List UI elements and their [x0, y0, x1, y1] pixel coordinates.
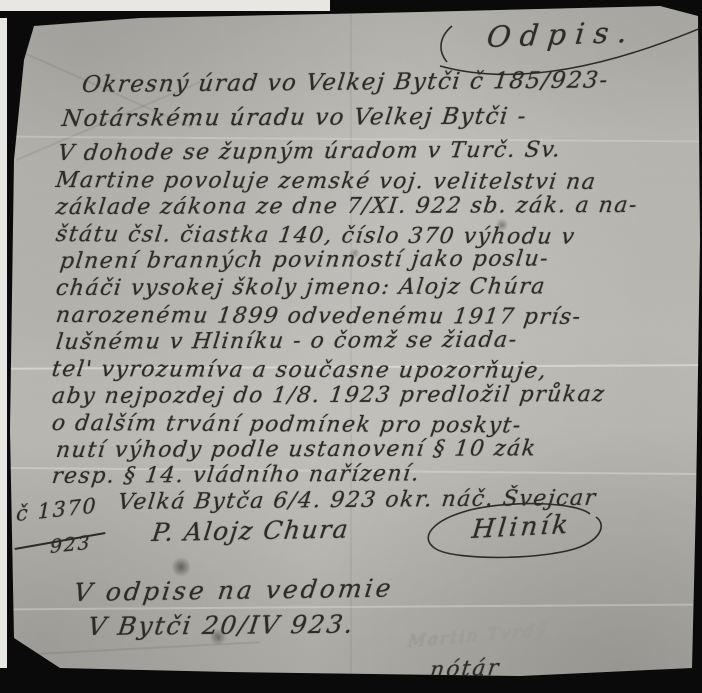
handwritten-line-11: tel' vyrozumíva a současne upozorňuje, [50, 357, 548, 384]
scan-edge-top [0, 0, 330, 11]
name-line: P. Alojz Chura [150, 515, 351, 547]
handwritten-line-15: resp. § 14. vládního nařízení. [51, 461, 422, 489]
ink-blot [172, 556, 190, 578]
open-paren-stroke [441, 26, 452, 62]
pencil-signature: Martin Tvrdý [407, 620, 548, 652]
copy-label: Odpis. [485, 15, 638, 54]
handwritten-line-10: lušnému v Hliníku - o čomž se žiada- [55, 328, 520, 355]
signer-title: nótár [428, 656, 501, 683]
place-oval-label: Hliník [470, 510, 572, 545]
handwritten-line-8: cháči vysokej školy jmeno: Alojz Chúra [55, 274, 548, 301]
handwritten-line-9: narozenému 1899 odvedenému 1917 prís- [54, 303, 583, 330]
reference-denominator: 923 [50, 532, 91, 558]
handwritten-dateline: Velká Bytča 6/4. 923 okr. náč. Švejcar [117, 486, 599, 515]
handwritten-line-1: Okresný úrad vo Velkej Bytči č 185/923- [81, 67, 611, 98]
handwritten-line-5: základe zákona ze dne 7/XI. 922 sb. zák.… [55, 193, 640, 220]
memo-date: V Bytči 20/IV 923. [86, 610, 356, 641]
handwritten-line-14: nutí výhody podle ustanovení § 10 zák [55, 436, 539, 463]
handwritten-line-12: aby nejpozdej do 1/8. 1923 predložil prů… [51, 382, 607, 409]
crease-line [0, 641, 260, 657]
handwritten-line-3: V dohode se župným úradom v Turč. Sv. [57, 137, 563, 166]
handwritten-line-4: Martine povoluje zemské voj. velitelstvi… [54, 168, 598, 195]
handwritten-line-13: o dalším trvání podmínek pro poskyt- [50, 411, 523, 438]
handwritten-line-6: štátu čsl. čiastka 140, číslo 370 výhodu… [54, 222, 577, 250]
paper-sheet: Odpis. Okresný úrad vo Velkej Bytči č 18… [0, 0, 702, 693]
handwritten-line-2: Notárskému úradu vo Velkej Bytči - [60, 104, 528, 132]
reference-numerator: č 1370 [16, 494, 97, 526]
handwritten-line-7: plnení branných povinností jako poslu- [59, 246, 551, 274]
document-scan: Odpis. Okresný úrad vo Velkej Bytči č 18… [0, 0, 702, 693]
memo-line: V odpise na vedomie [72, 574, 395, 607]
scan-edge-left [0, 18, 7, 668]
